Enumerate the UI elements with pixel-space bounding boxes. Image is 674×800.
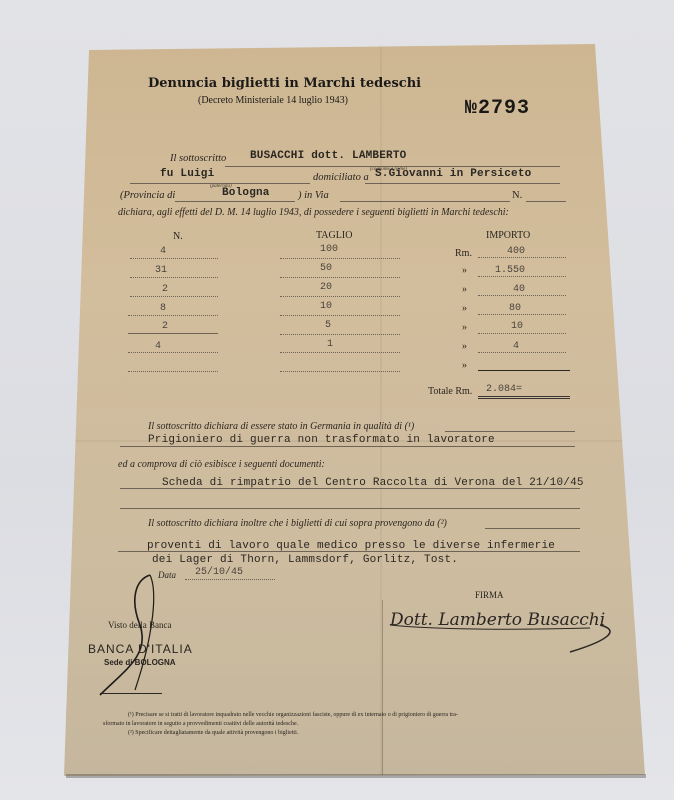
currency-prefix: Rm.: [455, 248, 472, 259]
row-6-n: 4: [155, 341, 161, 352]
via-label: ) in Via: [298, 190, 329, 201]
row-2-n: 31: [155, 265, 167, 276]
firma-label: FIRMA: [475, 590, 504, 600]
provenienza-label: Il sottoscritto dichiara inoltre che i b…: [148, 518, 447, 529]
row-1-taglio: 100: [320, 244, 338, 255]
ditto-mark: »: [462, 341, 467, 352]
data-value: 25/10/45: [195, 567, 243, 578]
provenienza-line2: dei Lager di Thorn, Lammsdorf, Gorlitz, …: [152, 554, 458, 566]
ditto-mark: »: [462, 284, 467, 295]
row-5-importo: 10: [511, 321, 523, 332]
provenienza-line1: proventi di lavoro quale medico presso l…: [147, 540, 555, 552]
row-1-importo: 400: [507, 246, 525, 257]
row-5-n: 2: [162, 321, 168, 332]
ditto-mark: »: [462, 360, 467, 371]
footnote-1b: sformato in lavoratore in seguito a prov…: [103, 721, 298, 727]
provincia-value: Bologna: [222, 187, 270, 199]
germania-value: Prigioniero di guerra non trasformato in…: [148, 434, 495, 446]
row-1-n: 4: [160, 246, 166, 257]
bank-visto: Visto della Banca: [108, 620, 171, 630]
bank-name: BANCA D'ITALIA: [88, 642, 193, 656]
footnote-2: (²) Specificare dettagliatamente da qual…: [128, 730, 298, 736]
bank-sede: Sede di BOLOGNA: [104, 658, 176, 667]
documenti-value: Scheda di rimpatrio del Centro Raccolta …: [162, 477, 584, 489]
dichiara-text: dichiara, agli effetti del D. M. 14 lugl…: [118, 207, 509, 218]
document-title: Denuncia biglietti in Marchi tedeschi: [148, 76, 421, 91]
documenti-label: ed a comprova di ciò esibisce i seguenti…: [118, 459, 325, 470]
numero-label: N.: [512, 190, 522, 201]
paper-shadow: [66, 774, 646, 778]
row-4-taglio: 10: [320, 301, 332, 312]
serial-number: №2793: [465, 97, 530, 120]
footnote-1a: (¹) Precisare se si tratti di lavoratore…: [128, 712, 458, 718]
ditto-mark: »: [462, 322, 467, 333]
row-2-taglio: 50: [320, 263, 332, 274]
domiciliato-value: S.Giovanni in Persiceto: [375, 168, 531, 180]
row-4-n: 8: [160, 303, 166, 314]
col-header-n: N.: [173, 231, 183, 242]
document-subtitle: (Decreto Ministeriale 14 luglio 1943): [198, 95, 348, 106]
domiciliato-label: domiciliato a: [313, 172, 369, 183]
document-paper: Denuncia biglietti in Marchi tedeschi (D…: [0, 0, 674, 800]
row-5-taglio: 5: [325, 320, 331, 331]
sottoscritto-label: Il sottoscritto: [170, 153, 226, 164]
row-3-n: 2: [162, 284, 168, 295]
padre-value: fu Luigi: [160, 168, 214, 180]
row-3-taglio: 20: [320, 282, 332, 293]
signature-flourish-icon: [380, 600, 640, 660]
row-6-importo: 4: [513, 341, 519, 352]
total-value: 2.084=: [486, 384, 522, 395]
row-3-importo: 40: [513, 284, 525, 295]
ditto-mark: »: [462, 303, 467, 314]
sottoscritto-value: BUSACCHI dott. LAMBERTO: [250, 150, 406, 162]
row-6-taglio: 1: [327, 339, 333, 350]
germania-label: Il sottoscritto dichiara di essere stato…: [148, 421, 414, 432]
col-header-taglio: TAGLIO: [316, 230, 352, 241]
col-header-importo: IMPORTO: [486, 230, 530, 241]
row-2-importo: 1.550: [495, 265, 525, 276]
row-4-importo: 80: [509, 303, 521, 314]
bank-signature-stroke-icon: [95, 570, 175, 700]
ditto-mark: »: [462, 265, 467, 276]
provincia-label: (Provincia di: [120, 190, 175, 201]
total-label: Totale Rm.: [428, 386, 472, 397]
